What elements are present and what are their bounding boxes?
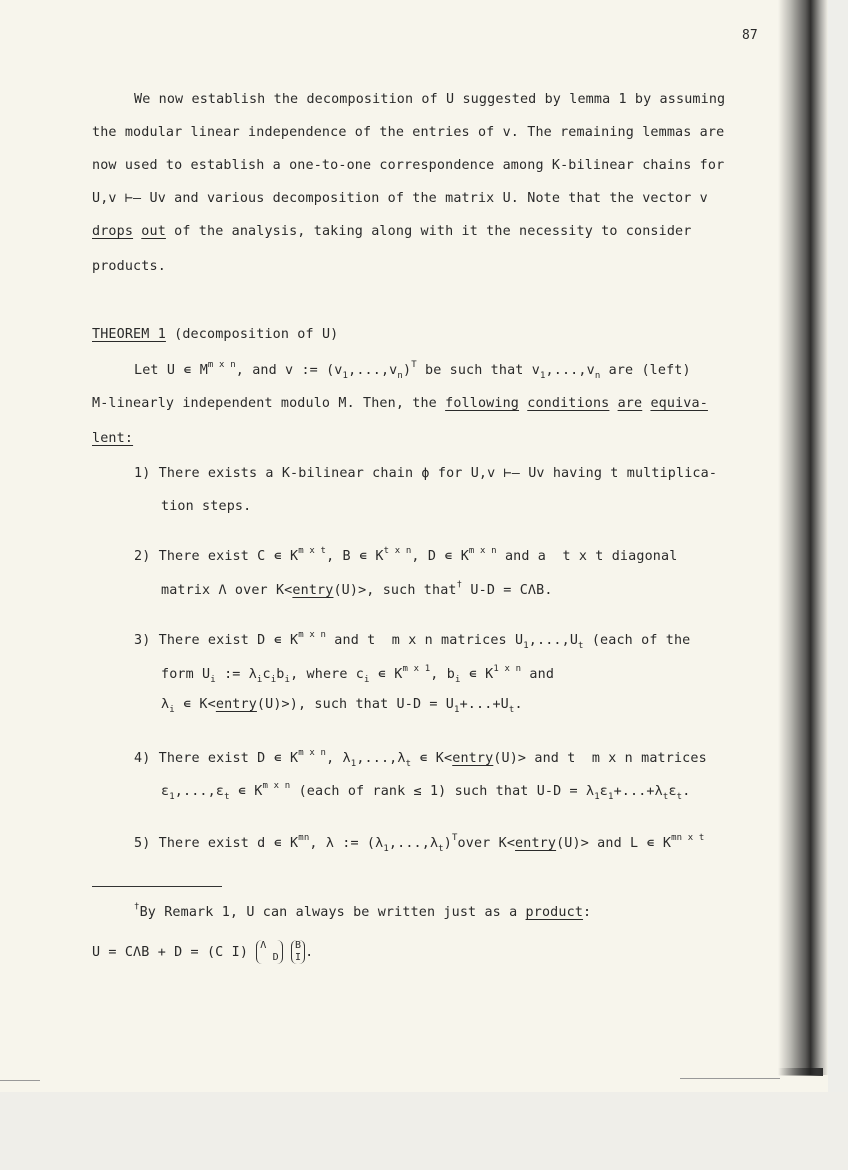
- theorem-title: THEOREM 1: [92, 327, 166, 342]
- paragraph-line: drops out of the analysis, taking along …: [92, 224, 691, 239]
- binding-shadow-foot: [778, 1068, 823, 1076]
- footnote-equation: U = CΛB + D = (C I) Λ D BI.: [92, 940, 313, 964]
- underlined-word: drops: [92, 224, 133, 239]
- theorem-statement-line: Let U ∊ Mm x n, and v := (v1,...,vn)T be…: [134, 360, 691, 381]
- condition-3-cont: λi ∊ K<entry(U)>), such that U-D = U1+..…: [161, 697, 523, 715]
- scan-bottom-edge: [0, 1092, 848, 1170]
- theorem-subtitle: (decomposition of U): [166, 327, 338, 342]
- condition-4: 4) There exist D ∊ Km x n, λ1,...,λt ∊ K…: [134, 748, 707, 769]
- page-edge-mark: [0, 1080, 40, 1081]
- page-number: 87: [742, 28, 758, 43]
- condition-4-cont: ε1,...,εt ∊ Km x n (each of rank ≤ 1) su…: [161, 781, 690, 802]
- condition-3-cont: form Ui := λicibi, where ci ∊ Km x 1, bi…: [161, 664, 554, 685]
- footnote-text: †By Remark 1, U can always be written ju…: [134, 902, 591, 920]
- condition-2-cont: matrix Λ over K<entry(U)>, such that† U-…: [161, 580, 553, 598]
- theorem-heading: THEOREM 1 (decomposition of U): [92, 327, 338, 342]
- condition-1: 1) There exists a K-bilinear chain ϕ for…: [134, 466, 717, 481]
- binding-shadow: [778, 0, 828, 1075]
- condition-5: 5) There exist d ∊ Kmn, λ := (λ1,...,λt)…: [134, 833, 704, 854]
- theorem-statement-line: lent:: [92, 431, 133, 446]
- condition-3: 3) There exist D ∊ Km x n and t m x n ma…: [134, 630, 690, 651]
- text: of the analysis, taking along with it th…: [166, 224, 692, 239]
- page-edge-mark: [680, 1078, 780, 1079]
- paragraph-line: the modular linear independence of the e…: [92, 125, 724, 140]
- theorem-statement-line: M-linearly independent modulo M. Then, t…: [92, 396, 708, 411]
- paragraph-line: U,v ⊢— Uv and various decomposition of t…: [92, 191, 708, 206]
- block-matrix: Λ D: [256, 940, 283, 964]
- condition-1-cont: tion steps.: [161, 499, 251, 514]
- paragraph-line: We now establish the decomposition of U …: [134, 92, 725, 107]
- underlined-word: out: [141, 224, 166, 239]
- condition-2: 2) There exist C ∊ Km x t, B ∊ Kt x n, D…: [134, 546, 677, 564]
- scan-edge: [828, 0, 848, 1170]
- paragraph-line: now used to establish a one-to-one corre…: [92, 158, 724, 173]
- column-matrix: BI: [291, 940, 305, 964]
- footnote-rule: [92, 886, 222, 887]
- paragraph-line: products.: [92, 259, 166, 274]
